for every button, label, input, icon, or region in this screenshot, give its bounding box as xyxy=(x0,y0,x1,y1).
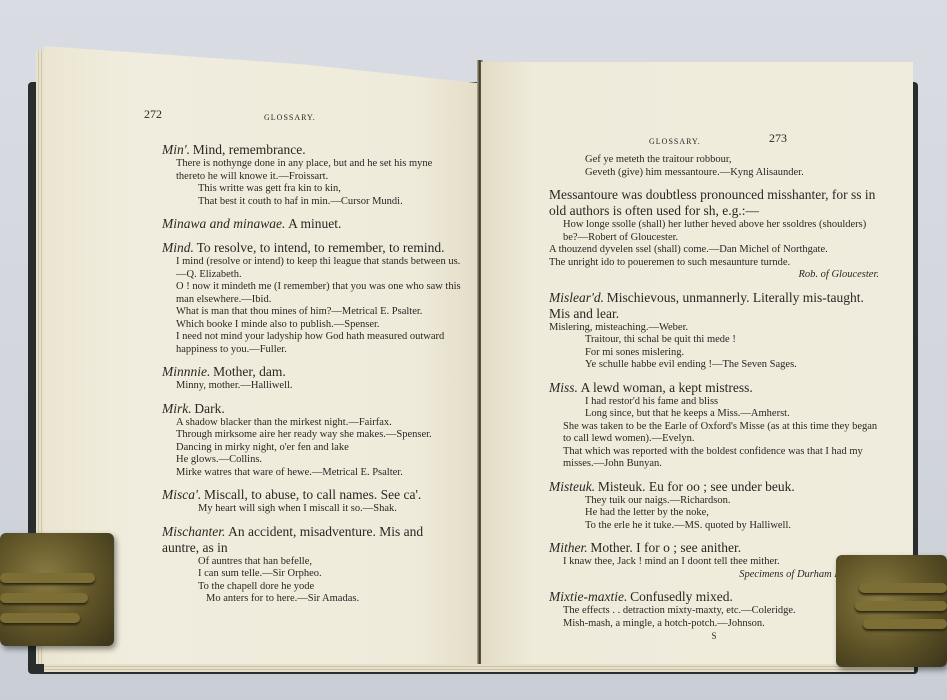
running-head: GLOSSARY. xyxy=(649,135,701,148)
definition: Mind, remembrance. xyxy=(193,142,306,157)
quote: This writte was gett fra kin to kin, xyxy=(162,183,462,196)
page-edges-bottom xyxy=(44,664,914,672)
quote: Which booke I minde also to publish.—Spe… xyxy=(162,319,462,332)
headword: Miss. xyxy=(549,380,578,395)
headword: Mirk. xyxy=(162,401,192,416)
signature-mark: S xyxy=(549,630,879,643)
definition: A minuet. xyxy=(288,216,341,231)
quote: There is nothynge done in any place, but… xyxy=(162,158,462,183)
headword: Mixtie-maxtie. xyxy=(549,589,627,604)
right-glossary-text: Gef ye meteth the traitour robbour, Geve… xyxy=(549,154,879,643)
quote: Mirke watres that ware of hewe.—Metrical… xyxy=(162,467,462,480)
quote: My heart will sigh when I miscall it so.… xyxy=(162,503,462,516)
quote: Mislering, misteaching.—Weber. xyxy=(549,322,879,335)
quote: Long since, but that he keeps a Miss.—Am… xyxy=(549,408,879,421)
quote: O ! now it mindeth me (I remember) that … xyxy=(162,281,462,306)
left-glossary-text: Min'. Mind, remembrance. There is nothyn… xyxy=(162,134,462,606)
quote: Traitour, thi schal be quit thi mede ! xyxy=(549,334,879,347)
headword: Mither. xyxy=(549,540,588,555)
headword: Minnnie. xyxy=(162,364,210,379)
definition: To resolve, to intend, to remember, to r… xyxy=(197,240,445,255)
brass-page-clip-right xyxy=(836,555,947,667)
definition: Misteuk. Eu for oo ; see under beuk. xyxy=(598,479,795,494)
quote: Rob. of Gloucester. xyxy=(549,269,879,282)
page-number: 273 xyxy=(769,132,787,145)
definition: Mother. I for o ; see anither. xyxy=(590,540,741,555)
quote: I had restor'd his fame and bliss xyxy=(549,396,879,409)
quote: For mi sones mislering. xyxy=(549,347,879,360)
quote: A shadow blacker than the mirkest night.… xyxy=(162,417,462,430)
quote: He had the letter by the noke, xyxy=(549,507,879,520)
quote: Through mirksome aire her ready way she … xyxy=(162,429,462,442)
quote: Geveth (give) him messantoure.—Kyng Alis… xyxy=(549,167,879,180)
quote: I need not mind your ladyship how God ha… xyxy=(162,331,462,356)
quote: Dancing in mirky night, o'er fen and lak… xyxy=(162,442,462,455)
quote: To the chapell dore he yode xyxy=(162,581,462,594)
note: Messantoure was doubtless pronounced mis… xyxy=(549,187,879,219)
headword: Mislear'd. xyxy=(549,290,604,305)
headword: Misteuk. xyxy=(549,479,595,494)
brass-page-clip-left xyxy=(0,533,114,646)
quote: Ye schulle habbe evil ending !—The Seven… xyxy=(549,359,879,372)
quote: Mo anters for to here.—Sir Amadas. xyxy=(162,593,462,606)
quote: How longe ssolle (shall) her luther heve… xyxy=(549,219,879,244)
headword: Min'. xyxy=(162,142,190,157)
running-head: GLOSSARY. xyxy=(264,111,316,124)
quote: Minny, mother.—Halliwell. xyxy=(162,380,462,393)
entry: Min'. Mind, remembrance. xyxy=(162,142,462,158)
quote: The effects . . detraction mixty-maxty, … xyxy=(549,605,879,618)
quote: I can sum telle.—Sir Orpheo. xyxy=(162,568,462,581)
definition: Confusedly mixed. xyxy=(630,589,733,604)
quote: What is man that thou mines of him?—Metr… xyxy=(162,306,462,319)
quote: The unright ido to poueremen to such mes… xyxy=(549,257,879,270)
quote: To the erle he it tuke.—MS. quoted by Ha… xyxy=(549,520,879,533)
quote: They tuik our naigs.—Richardson. xyxy=(549,495,879,508)
headword: Minawa and minawae. xyxy=(162,216,285,231)
definition: Dark. xyxy=(194,401,224,416)
quote: She was taken to be the Earle of Oxford'… xyxy=(549,421,879,446)
headword: Mind. xyxy=(162,240,194,255)
definition: A lewd woman, a kept mistress. xyxy=(581,380,753,395)
quote: I mind (resolve or intend) to keep thi l… xyxy=(162,256,462,281)
definition: Mother, dam. xyxy=(213,364,286,379)
headword: Mischanter. xyxy=(162,524,225,539)
definition: Miscall, to abuse, to call names. See ca… xyxy=(204,487,421,502)
quote: That which was reported with the boldest… xyxy=(549,446,879,471)
quote: I knaw thee, Jack ! mind an I doont tell… xyxy=(549,556,879,569)
quote: A thouzend dyvelen ssel (shall) come.—Da… xyxy=(549,244,879,257)
quote: That best it couth to haf in min.—Cursor… xyxy=(162,196,462,209)
quote: Gef ye meteth the traitour robbour, xyxy=(549,154,879,167)
headword: Misca'. xyxy=(162,487,201,502)
quote: Mish-mash, a mingle, a hotch-potch.—John… xyxy=(549,618,879,631)
quote: He glows.—Collins. xyxy=(162,454,462,467)
quote: Of auntres that han befelle, xyxy=(162,556,462,569)
page-number: 272 xyxy=(144,108,162,121)
quote: Specimens of Durham Language. xyxy=(549,569,879,582)
